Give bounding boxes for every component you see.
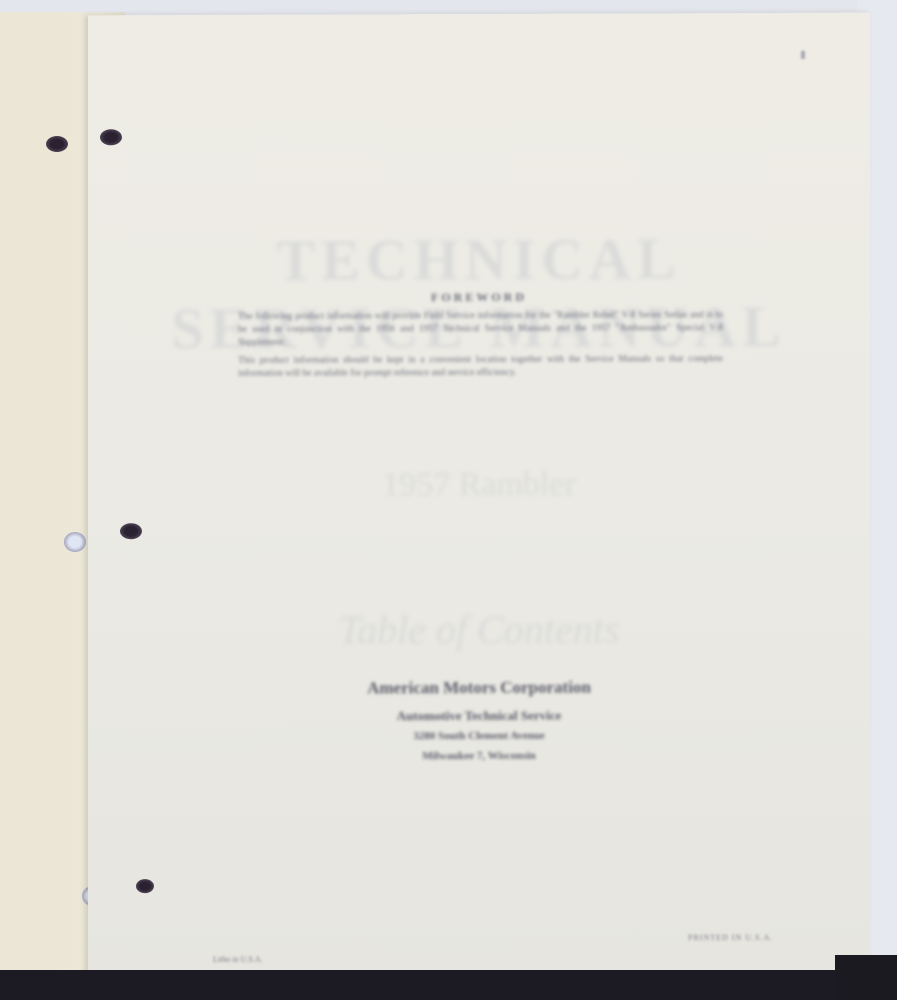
- binder-hole-icon: [46, 136, 68, 152]
- binder-hole-icon: [100, 129, 122, 145]
- foreword-paragraph-1: The following product information will p…: [238, 309, 723, 350]
- table-surface: [0, 970, 897, 1000]
- binder-hole-icon: [64, 532, 86, 552]
- publisher-department: Automotive Technical Service: [88, 707, 870, 726]
- bleed-contents: Table of Contents: [88, 605, 870, 655]
- bleed-title-1: TECHNICAL: [88, 225, 870, 295]
- publisher-name: American Motors Corporation: [88, 677, 870, 700]
- page-mark: [801, 51, 805, 59]
- footer-right-code: PRINTED IN U.S.A.: [688, 933, 773, 942]
- publisher-city: Milwaukee 7, Wisconsin: [88, 749, 870, 764]
- publisher-street: 3280 South Clement Avenue: [88, 729, 870, 744]
- footer-left-code: Litho in U.S.A.: [213, 955, 263, 964]
- foreword-paragraph-2: This product information should be kept …: [238, 353, 723, 381]
- bleed-year: 1957 Rambler: [88, 465, 870, 506]
- foreword-heading: FOREWORD: [88, 289, 870, 307]
- table-surface-corner: [835, 955, 897, 1000]
- binder-hole-icon: [120, 523, 142, 539]
- binder-hole-icon: [136, 879, 154, 893]
- front-page: TECHNICAL SERVICE MANUAL 1957 Rambler Ta…: [88, 13, 870, 986]
